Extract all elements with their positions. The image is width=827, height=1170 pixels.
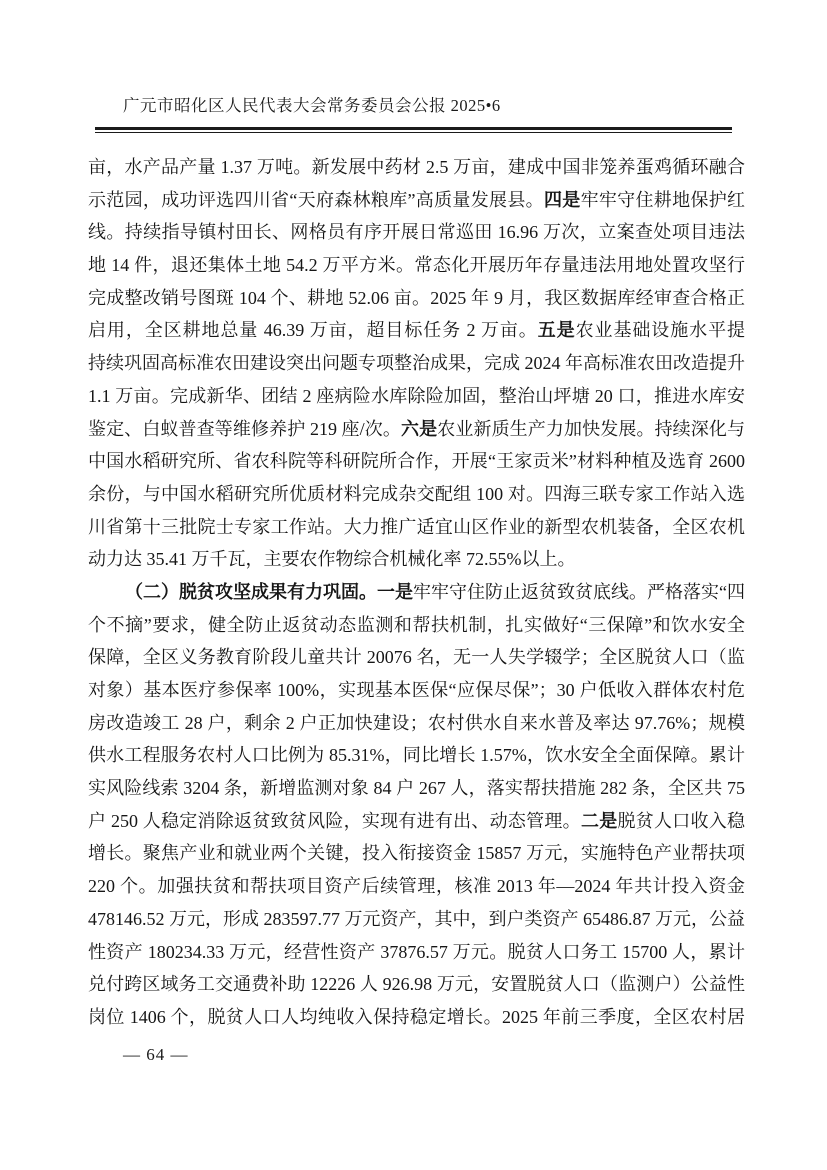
text-line: 个不摘”要求，健全防止返贫动态监测和帮扶机制，扎实做好“三保障”和饮水安全 xyxy=(88,609,745,642)
text-segment: 动力达 35.41 万千瓦，主要农作物综合机械化率 72.55%以上。 xyxy=(88,549,576,569)
text-segment: 地 14 件，退还集体土地 54.2 万平方米。常态化开展历年存量违法用地处置攻… xyxy=(88,255,745,282)
text-segment: 户 250 人稳定消除返贫致贫风险，实现有进有出、动态管理。 xyxy=(88,811,581,831)
text-segment: 中国水稻研究所、省农科院等科研院所合作，开展“王家贡米”材料种植及选育 2600 xyxy=(88,451,745,471)
running-head-title: 广元市昭化区人民代表大会常务委员会公报 2025•6 xyxy=(123,95,501,117)
text-segment: 对象）基本医疗参保率 100%，实现基本医保“应保尽保”；30 户低收入群体农村… xyxy=(88,680,745,700)
text-segment: 牢牢守住耕地保护红 xyxy=(581,190,745,210)
text-line: 岗位 1406 个，脱贫人口人均纯收入保持稳定增长。2025 年前三季度，全区农… xyxy=(88,1001,745,1034)
text-line: 亩，水产品产量 1.37 万吨。新发展中药材 2.5 万亩，建成中国非笼养蛋鸡循… xyxy=(88,151,745,184)
text-segment: 余份，与中国水稻研究所优质材料完成杂交配组 100 对。四海三联专家工作站入选四 xyxy=(88,484,745,511)
text-line: 478146.52 万元，形成 283597.77 万元资产，其中，到户类资产 … xyxy=(88,903,745,936)
text-segment: 牢牢守住防止返贫致贫底线。严格落实“四 xyxy=(413,582,745,602)
text-line: 线。持续指导镇村田长、网格员有序开展日常巡田 16.96 万次，立案查处项目违法… xyxy=(88,216,745,249)
text-segment: 启用，全区耕地总量 46.39 万亩，超目标任务 2 万亩。 xyxy=(88,320,538,340)
text-line: 地 14 件，退还集体土地 54.2 万平方米。常态化开展历年存量违法用地处置攻… xyxy=(88,249,745,282)
text-line: 保障，全区义务教育阶段儿童共计 20076 名，无一人失学辍学；全区脱贫人口（监… xyxy=(88,641,745,674)
page-number: — 64 — xyxy=(123,1043,189,1067)
bold-text-segment: 六是 xyxy=(401,419,437,439)
text-line: 户 250 人稳定消除返贫致贫风险，实现有进有出、动态管理。二是脱贫人口收入稳定 xyxy=(88,805,745,838)
text-line: 余份，与中国水稻研究所优质材料完成杂交配组 100 对。四海三联专家工作站入选四 xyxy=(88,478,745,511)
text-segment: 亩，水产品产量 1.37 万吨。新发展中药材 2.5 万亩，建成中国非笼养蛋鸡循… xyxy=(88,157,745,177)
text-segment: 持续巩固高标准农田建设突出问题专项整治成果，完成 2024 年高标准农田改造提升 xyxy=(88,353,745,373)
text-line: 启用，全区耕地总量 46.39 万亩，超目标任务 2 万亩。五是农业基础设施水平… xyxy=(88,314,745,347)
text-segment: 实风险线索 3204 条，新增监测对象 84 户 267 人，落实帮扶措施 28… xyxy=(88,778,745,798)
text-line: （二）脱贫攻坚成果有力巩固。一是牢牢守住防止返贫致贫底线。严格落实“四 xyxy=(88,576,745,609)
text-line: 增长。聚焦产业和就业两个关键，投入衔接资金 15857 万元，实施特色产业帮扶项… xyxy=(88,837,745,870)
bold-text-segment: 二是 xyxy=(581,811,618,831)
text-line: 220 个。加强扶贫和帮扶项目资产后续管理，核准 2013 年—2024 年共计… xyxy=(88,870,745,903)
text-line: 性资产 180234.33 万元，经营性资产 37876.57 万元。脱贫人口务… xyxy=(88,936,745,969)
bold-text-segment: 一是 xyxy=(377,582,413,602)
text-segment: 保障，全区义务教育阶段儿童共计 20076 名，无一人失学辍学；全区脱贫人口（监… xyxy=(88,647,745,674)
text-segment: 鉴定、白蚁普查等维修养护 219 座/次。 xyxy=(88,419,401,439)
text-segment: 房改造竣工 28 户，剩余 2 户正加快建设；农村供水自来水普及率达 97.76… xyxy=(88,713,745,740)
text-segment: 完成整改销号图斑 104 个、耕地 52.06 亩。2025 年 9 月，我区数… xyxy=(88,288,745,315)
bold-text-segment: 五是 xyxy=(538,320,576,340)
header-rule-thin xyxy=(95,132,732,133)
text-line: 房改造竣工 28 户，剩余 2 户正加快建设；农村供水自来水普及率达 97.76… xyxy=(88,707,745,740)
text-line: 1.1 万亩。完成新华、团结 2 座病险水库除险加固，整治山坪塘 20 口，推进… xyxy=(88,380,745,413)
text-line: 兑付跨区域务工交通费补助 12226 人 926.98 万元，安置脱贫人口（监测… xyxy=(88,968,745,1001)
text-segment: 川省第十三批院士专家工作站。大力推广适宜山区作业的新型农机装备，全区农机总 xyxy=(88,517,745,544)
text-segment: 兑付跨区域务工交通费补助 12226 人 926.98 万元，安置脱贫人口（监测… xyxy=(88,974,745,994)
document-page: 广元市昭化区人民代表大会常务委员会公报 2025•6 亩，水产品产量 1.37 … xyxy=(0,0,827,1170)
text-line: 对象）基本医疗参保率 100%，实现基本医保“应保尽保”；30 户低收入群体农村… xyxy=(88,674,745,707)
text-line: 中国水稻研究所、省农科院等科研院所合作，开展“王家贡米”材料种植及选育 2600 xyxy=(88,445,745,478)
bold-text-segment: 四是 xyxy=(544,190,581,210)
text-segment: 增长。聚焦产业和就业两个关键，投入衔接资金 15857 万元，实施特色产业帮扶项… xyxy=(88,843,745,870)
text-line: 实风险线索 3204 条，新增监测对象 84 户 267 人，落实帮扶措施 28… xyxy=(88,772,745,805)
text-segment: 1.1 万亩。完成新华、团结 2 座病险水库除险加固，整治山坪塘 20 口，推进… xyxy=(88,386,745,413)
text-segment: 个不摘”要求，健全防止返贫动态监测和帮扶机制，扎实做好“三保障”和饮水安全 xyxy=(88,615,745,635)
text-segment: 示范园，成功评选四川省“天府森林粮库”高质量发展县。 xyxy=(88,190,544,210)
text-line: 川省第十三批院士专家工作站。大力推广适宜山区作业的新型农机装备，全区农机总 xyxy=(88,511,745,544)
text-line: 持续巩固高标准农田建设突出问题专项整治成果，完成 2024 年高标准农田改造提升 xyxy=(88,347,745,380)
text-segment: 220 个。加强扶贫和帮扶项目资产后续管理，核准 2013 年—2024 年共计… xyxy=(88,876,745,896)
text-segment: 供水工程服务农村人口比例为 85.31%，同比增长 1.57%，饮水安全全面保障… xyxy=(88,745,745,772)
text-line: 鉴定、白蚁普查等维修养护 219 座/次。六是农业新质生产力加快发展。持续深化与 xyxy=(88,413,745,446)
text-line: 示范园，成功评选四川省“天府森林粮库”高质量发展县。四是牢牢守住耕地保护红 xyxy=(88,184,745,217)
document-body: 亩，水产品产量 1.37 万吨。新发展中药材 2.5 万亩，建成中国非笼养蛋鸡循… xyxy=(88,151,745,1034)
text-line: 完成整改销号图斑 104 个、耕地 52.06 亩。2025 年 9 月，我区数… xyxy=(88,282,745,315)
text-segment: 性资产 180234.33 万元，经营性资产 37876.57 万元。脱贫人口务… xyxy=(88,942,745,962)
text-segment: 农业新质生产力加快发展。持续深化与 xyxy=(437,419,745,439)
bold-text-segment: （二）脱贫攻坚成果有力巩固。 xyxy=(125,582,377,602)
text-line: 动力达 35.41 万千瓦，主要农作物综合机械化率 72.55%以上。 xyxy=(88,543,745,576)
text-segment: 岗位 1406 个，脱贫人口人均纯收入保持稳定增长。2025 年前三季度，全区农… xyxy=(88,1007,745,1034)
text-segment: 线。持续指导镇村田长、网格员有序开展日常巡田 16.96 万次，立案查处项目违法… xyxy=(88,222,745,249)
text-line: 供水工程服务农村人口比例为 85.31%，同比增长 1.57%，饮水安全全面保障… xyxy=(88,739,745,772)
header-rule-thick xyxy=(95,127,732,130)
text-segment: 478146.52 万元，形成 283597.77 万元资产，其中，到户类资产 … xyxy=(88,909,745,929)
